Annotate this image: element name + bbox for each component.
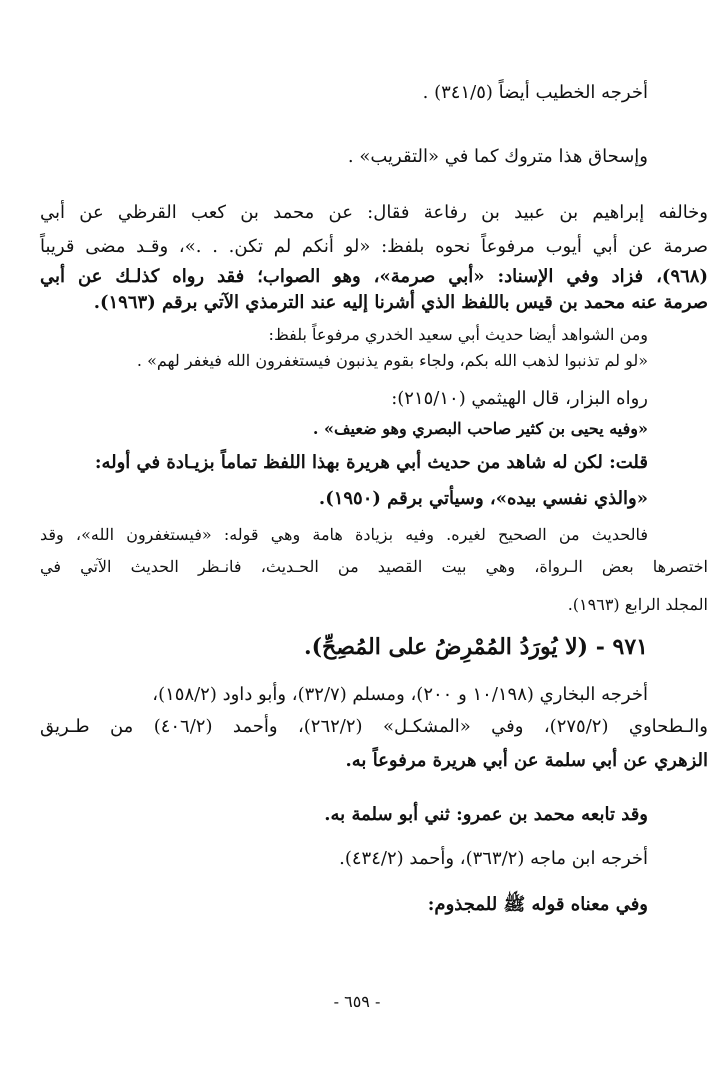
text-line: أخرجه ابن ماجه (٣٦٣/٢)، وأحمد (٤٣٤/٢).: [40, 844, 648, 874]
text-line: وفي معناه قوله ﷺ للمجذوم:: [40, 890, 648, 920]
text-line: رواه البزار، قال الهيثمي (٢١٥/١٠):: [40, 384, 648, 414]
quote-line: «لو لم تذنبوا لذهب الله بكم، ولجاء بقوم …: [40, 346, 648, 376]
text-line: المجلد الرابع (١٩٦٣).: [40, 590, 708, 620]
text-line: وإسحاق هذا متروك كما في «التقريب» .: [40, 142, 648, 172]
text-line: أخرجه الخطيب أيضاً (٣٤١/٥) .: [40, 78, 648, 108]
text-line: الزهري عن أبي سلمة عن أبي هريرة مرفوعاً …: [40, 746, 708, 776]
text-line: «والذي نفسي بيده»، وسيأتي برقم (١٩٥٠).: [40, 484, 648, 514]
text-line: صرمة عن أبي أيوب مرفوعاً نحوه بلفظ: «لو …: [40, 232, 708, 262]
text-line: وقد تابعه محمد بن عمرو: ثني أبو سلمة به.: [40, 800, 648, 830]
hadith-heading: ٩٧١ - (لا يُورَدُ المُمْرِضُ على المُصِح…: [40, 632, 648, 662]
page-number: - ٦٥٩ -: [0, 992, 714, 1011]
text-line: قلت: لكن له شاهد من حديث أبي هريرة بهذا …: [40, 448, 648, 478]
quote-line: «وفيه يحيى بن كثير صاحب البصري وهو ضعيف»…: [40, 414, 648, 444]
book-page: أخرجه الخطيب أيضاً (٣٤١/٥) . وإسحاق هذا …: [40, 0, 708, 1072]
text-line: وخالفه إبراهيم بن عبيد بن رفاعة فقال: عن…: [40, 198, 708, 228]
text-line: فالحديث من الصحيح لغيره. وفيه بزيادة هام…: [40, 520, 648, 550]
text-line: صرمة عنه محمد بن قيس باللفظ الذي أشرنا إ…: [40, 288, 708, 318]
text-line: اختصرها بعض الـرواة، وهي بيت القصيد من ا…: [40, 552, 708, 582]
text-line: أخرجه البخاري (١٠/١٩٨ و ٢٠٠)، ومسلم (٣٢/…: [40, 680, 648, 710]
text-line: والـطحاوي (٢٧٥/٢)، وفي «المشكـل» (٢٦٢/٢)…: [40, 712, 708, 742]
